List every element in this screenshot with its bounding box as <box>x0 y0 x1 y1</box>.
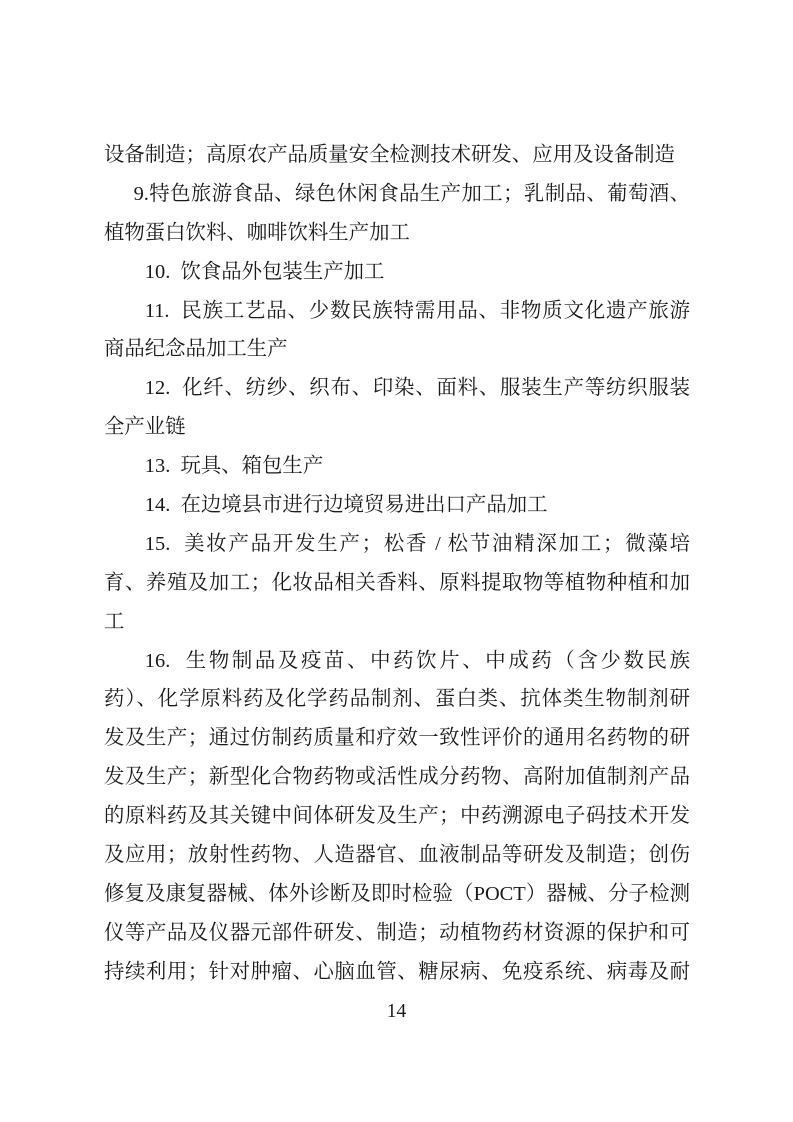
text-line: 10. 饮食品外包装生产加工 <box>104 253 690 292</box>
page-footer: 14 <box>0 999 793 1025</box>
text-line: 发及生产；新型化合物药物或活性成分药物、高附加值制剂产品 <box>104 758 690 797</box>
text-line: 育、养殖及加工；化妆品相关香料、原料提取物等植物种植和加 <box>104 564 690 603</box>
text-line: 9.特色旅游食品、绿色休闲食品生产加工；乳制品、葡萄酒、 <box>104 175 690 214</box>
document-page: 设备制造；高原农产品质量安全检测技术研发、应用及设备制造9.特色旅游食品、绿色休… <box>0 0 793 1122</box>
text-line: 仪等产品及仪器元部件研发、制造；动植物药材资源的保护和可 <box>104 914 690 953</box>
text-line: 16. 生物制品及疫苗、中药饮片、中成药（含少数民族 <box>104 642 690 681</box>
text-line: 15. 美妆产品开发生产；松香 / 松节油精深加工；微藻培 <box>104 525 690 564</box>
text-line: 及应用；放射性药物、人造器官、血液制品等研发及制造；创伤 <box>104 836 690 875</box>
text-line: 药）、化学原料药及化学药品制剂、蛋白类、抗体类生物制剂研 <box>104 680 690 719</box>
text-line: 持续利用；针对肿瘤、心脑血管、糖尿病、免疫系统、病毒及耐 <box>104 953 690 992</box>
text-line: 工 <box>104 603 690 642</box>
text-line: 全产业链 <box>104 408 690 447</box>
text-line: 的原料药及其关键中间体研发及生产；中药溯源电子码技术开发 <box>104 797 690 836</box>
body-text: 设备制造；高原农产品质量安全检测技术研发、应用及设备制造9.特色旅游食品、绿色休… <box>104 136 690 992</box>
text-line: 植物蛋白饮料、咖啡饮料生产加工 <box>104 214 690 253</box>
text-line: 12. 化纤、纺纱、织布、印染、面料、服装生产等纺织服装 <box>104 369 690 408</box>
text-line: 修复及康复器械、体外诊断及即时检验（POCT）器械、分子检测 <box>104 875 690 914</box>
text-line: 11. 民族工艺品、少数民族特需用品、非物质文化遗产旅游 <box>104 292 690 331</box>
text-line: 设备制造；高原农产品质量安全检测技术研发、应用及设备制造 <box>104 136 690 175</box>
page-number: 14 <box>387 1001 407 1022</box>
text-line: 商品纪念品加工生产 <box>104 330 690 369</box>
text-line: 13. 玩具、箱包生产 <box>104 447 690 486</box>
text-line: 发及生产；通过仿制药质量和疗效一致性评价的通用名药物的研 <box>104 719 690 758</box>
text-line: 14. 在边境县市进行边境贸易进出口产品加工 <box>104 486 690 525</box>
